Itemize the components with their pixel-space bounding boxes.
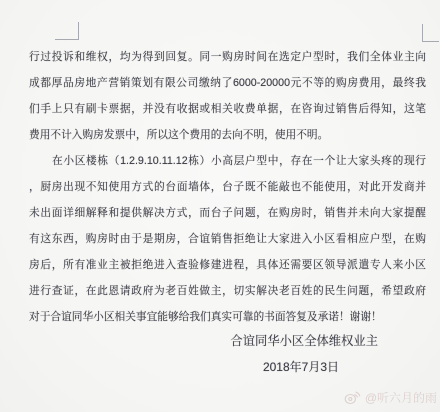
body-line: 在小区楼栋（1.2.9.10.11.12栋）小高层户型中，存在一个让大家头疼的现…: [29, 148, 426, 174]
document-photo-page: 行过投诉和维权，均为得到回复。同一购房时间在选定户型时，我们全体业主向 成都厚品…: [0, 0, 440, 412]
body-line: 行过投诉和维权，均为得到回复。同一购房时间在选定户型时，我们全体业主向: [29, 44, 426, 70]
weibo-icon: [344, 390, 361, 405]
body-line: 有这东西，购房时由于是期房，合谊销售拒绝让大家进入小区看相应户型，在购: [29, 226, 426, 252]
weibo-watermark: @听六月的雨: [344, 388, 437, 406]
body-line: ，厨房出现不知使用方式的台面墙体，台子既不能敲也不能使用，对此开发商并: [29, 174, 426, 200]
body-line: 未出面详细解释和提供解决方式，而台子问题，在购房时，销售并未向大家提醒: [29, 200, 426, 226]
watermark-handle: @听六月的雨: [365, 389, 437, 406]
date-line: 2018年7月3日: [0, 358, 339, 375]
body-line: 成都厚品房地产营销策划有限公司缴纳了6000-20000元不等的购房费用，最终我: [29, 70, 426, 96]
body-line: 费用不计入购房发票中，所以这个费用的去向不明，使用不明。: [29, 122, 426, 148]
body-line: 进行查证，在此恩请政府为老百姓做主，切实解决老百姓的民生问题，希望政府: [29, 278, 426, 304]
signature-line: 合谊同华小区全体维权业主: [0, 331, 378, 349]
margin-mark-top-right: [422, 24, 439, 42]
body-line: 们手上只有刷卡票据，并没有收据或相关收费单据，在咨询过销售后得知，这笔: [29, 96, 426, 122]
body-line: 对于合谊同华小区相关事宜能够给我们真实可靠的书面答复及承诺！谢谢！: [29, 304, 426, 330]
margin-mark-top-left: [55, 22, 79, 40]
body-line: 房后，所有准业主被拒绝进入查验修建进程，具体还需要区领导派遣专人来小区: [29, 252, 426, 278]
letter-body: 行过投诉和维权，均为得到回复。同一购房时间在选定户型时，我们全体业主向 成都厚品…: [29, 44, 426, 330]
